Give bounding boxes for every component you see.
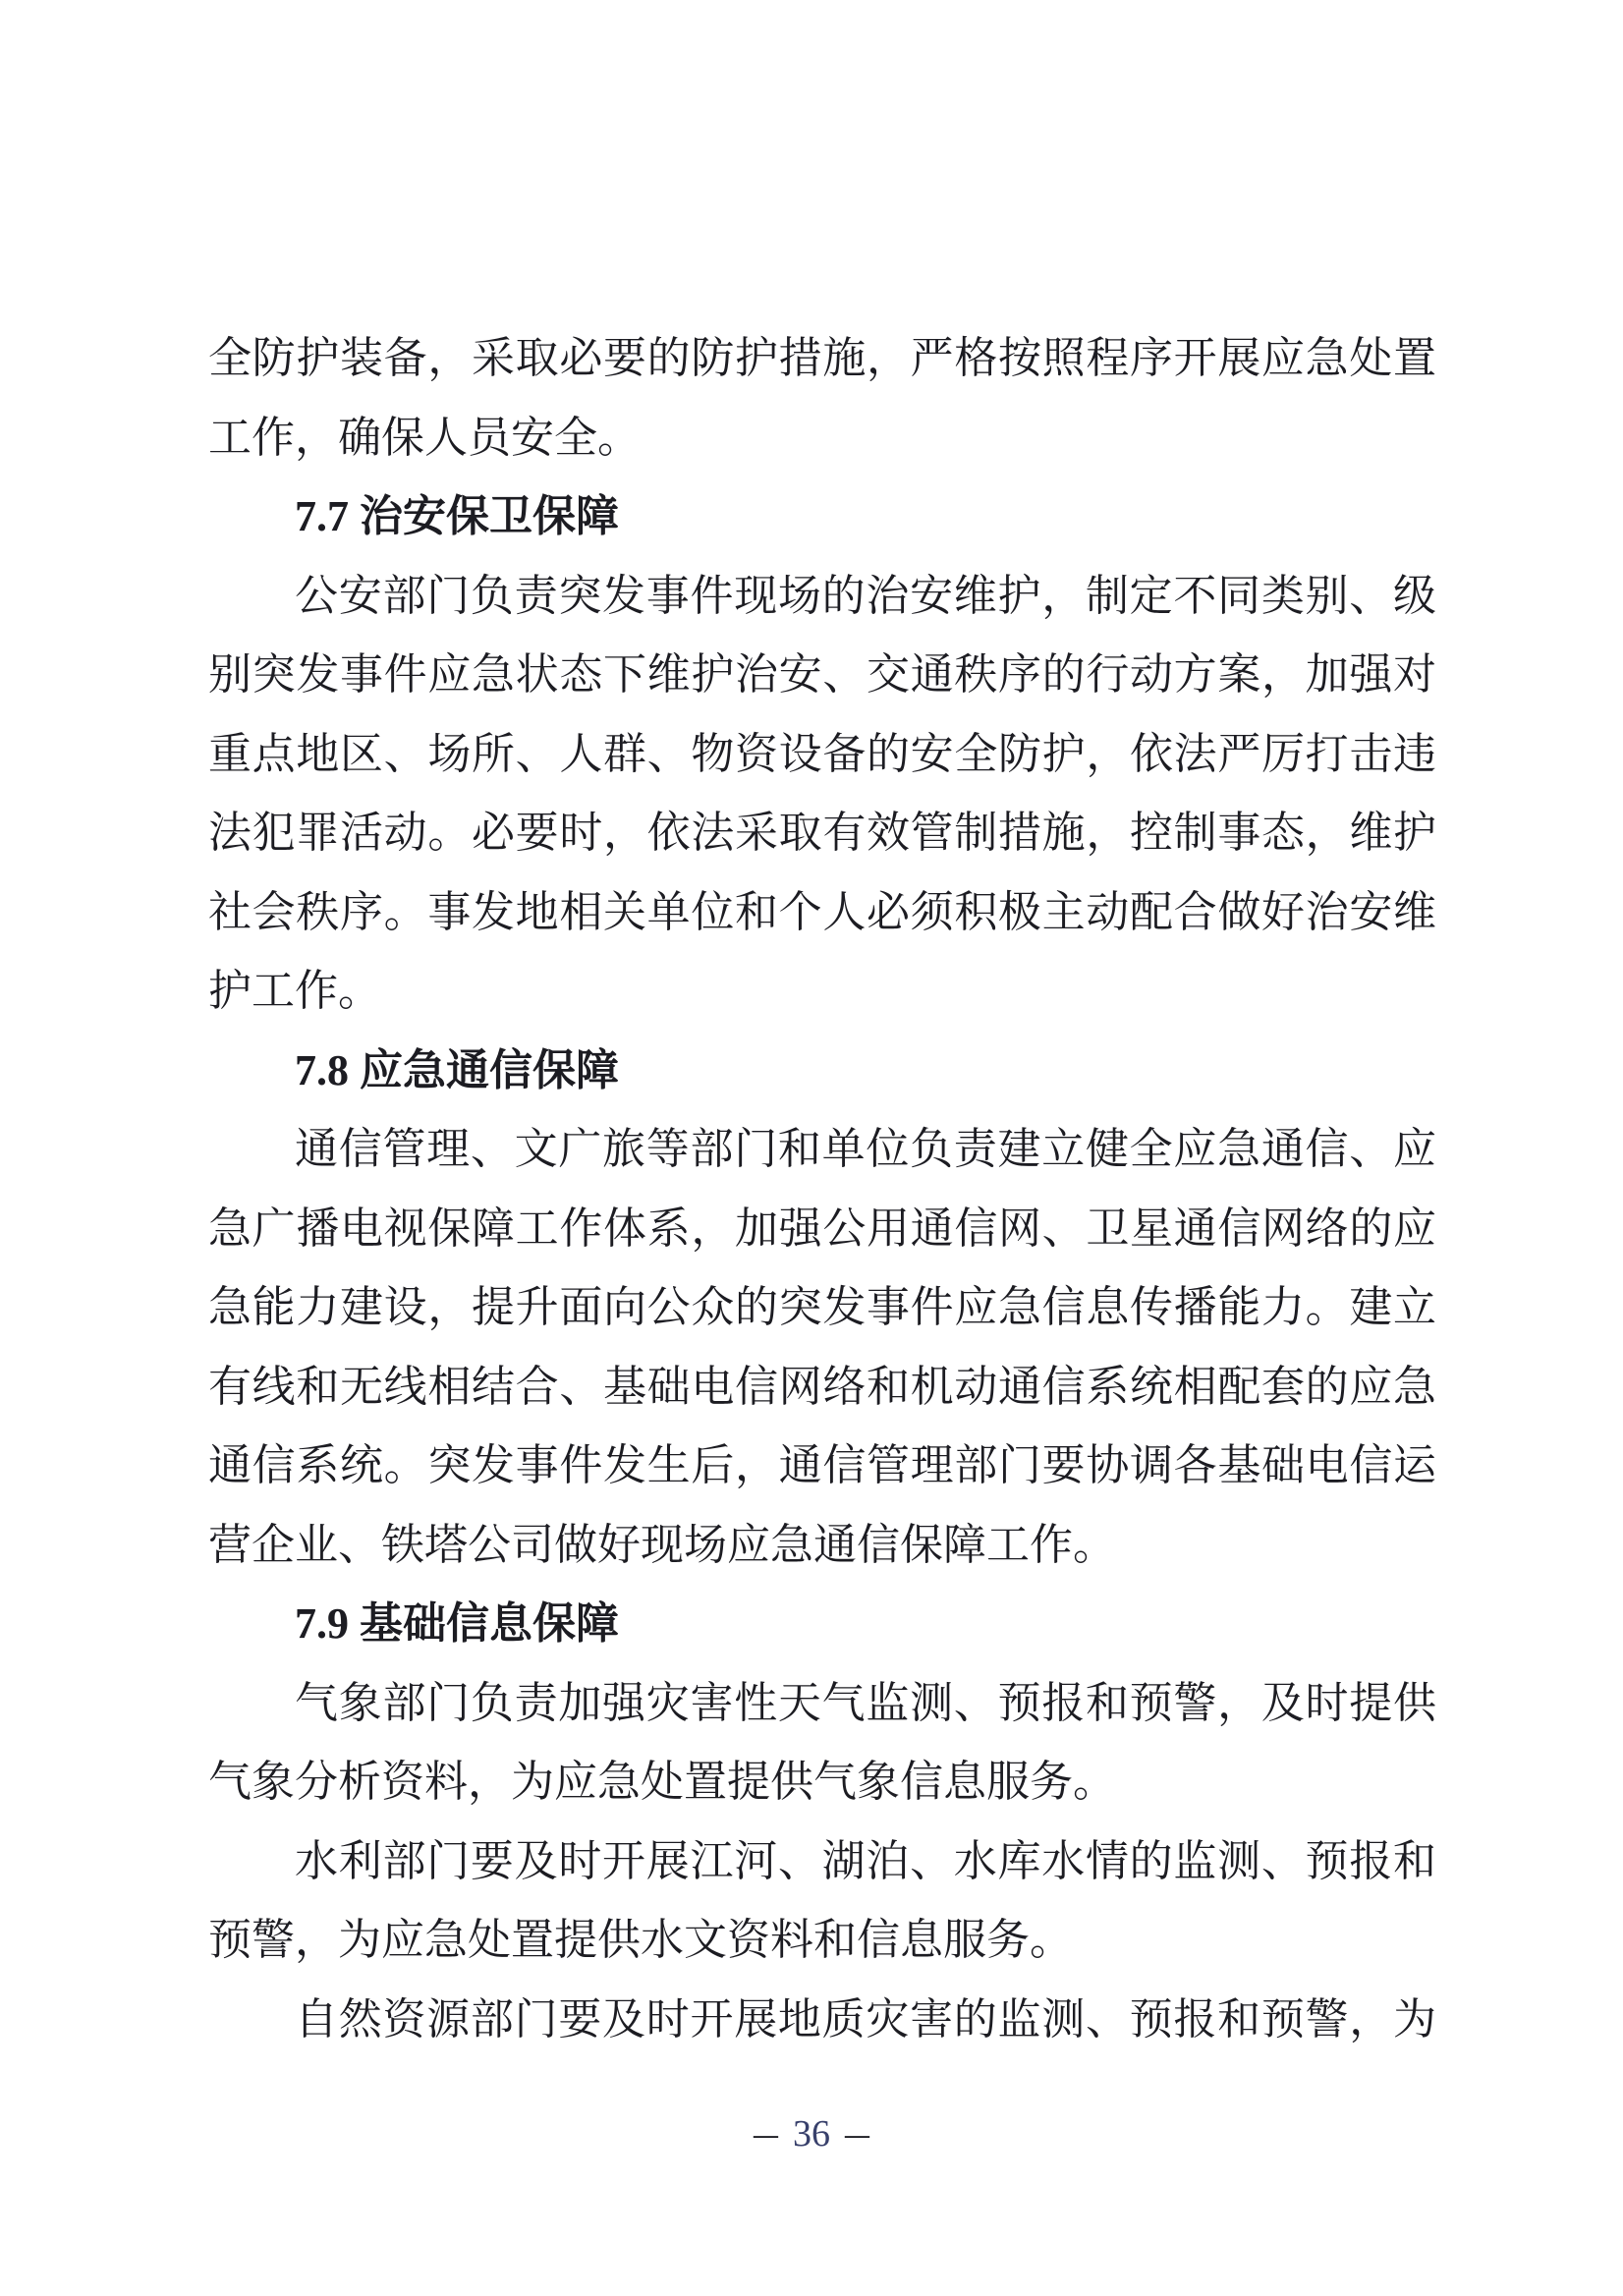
line-text: 护工作。 [208,967,381,1015]
line-text: 别突发事件应急状态下维护治安、交通秩序的行动方案，加强对 [208,650,1437,699]
text-line: 护工作。 [208,952,1436,1032]
line-text: 预警，为应急处置提供水文资料和信息服务。 [208,1916,1073,1964]
footer-dash-left: – [754,2112,778,2156]
section-heading: 7.8 应急通信保障 [208,1032,1436,1111]
line-text: 7.8 应急通信保障 [295,1046,619,1094]
text-line: 急广播电视保障工作体系，加强公用通信网、卫星通信网络的应 [208,1190,1436,1269]
text-line: 全防护装备，采取必要的防护措施，严格按照程序开展应急处置 [208,319,1436,399]
text-line: 重点地区、场所、人群、物资设备的安全防护，依法严厉打击违 [208,715,1436,795]
line-text: 急能力建设，提升面向公众的突发事件应急信息传播能力。建立 [208,1283,1437,1331]
section-heading: 7.7 治安保卫保障 [208,477,1436,557]
text-line: 公安部门负责突发事件现场的治安维护，制定不同类别、级 [208,557,1436,637]
line-text: 7.7 治安保卫保障 [295,492,619,540]
text-line: 工作，确保人员安全。 [208,399,1436,478]
footer-dash-right: – [845,2112,869,2156]
line-text: 气象分析资料，为应急处置提供气象信息服务。 [208,1758,1116,1806]
line-text: 重点地区、场所、人群、物资设备的安全防护，依法严厉打击违 [208,730,1437,778]
line-text: 工作，确保人员安全。 [208,414,641,462]
section-heading: 7.9 基础信息保障 [208,1585,1436,1664]
line-text: 水利部门要及时开展江河、湖泊、水库水情的监测、预报和 [295,1837,1437,1885]
text-line: 急能力建设，提升面向公众的突发事件应急信息传播能力。建立 [208,1268,1436,1348]
line-text: 公安部门负责突发事件现场的治安维护，制定不同类别、级 [295,572,1437,620]
line-text: 自然资源部门要及时开展地质灾害的监测、预报和预警，为 [295,1995,1437,2044]
text-line: 自然资源部门要及时开展地质灾害的监测、预报和预警，为 [208,1981,1436,2060]
line-text: 社会秩序。事发地相关单位和个人必须积极主动配合做好治安维 [208,888,1437,936]
text-line: 预警，为应急处置提供水文资料和信息服务。 [208,1901,1436,1981]
document-content: 全防护装备，采取必要的防护措施，严格按照程序开展应急处置工作，确保人员安全。7.… [208,319,1436,2059]
text-line: 营企业、铁塔公司做好现场应急通信保障工作。 [208,1506,1436,1586]
text-line: 别突发事件应急状态下维护治安、交通秩序的行动方案，加强对 [208,636,1436,715]
line-text: 全防护装备，采取必要的防护措施，严格按照程序开展应急处置 [208,334,1437,382]
text-line: 法犯罪活动。必要时，依法采取有效管制措施，控制事态，维护 [208,794,1436,873]
line-text: 营企业、铁塔公司做好现场应急通信保障工作。 [208,1521,1116,1569]
page-number: 36 [793,2112,830,2156]
line-text: 急广播电视保障工作体系，加强公用通信网、卫星通信网络的应 [208,1204,1437,1253]
line-text: 通信系统。突发事件发生后，通信管理部门要协调各基础电信运 [208,1441,1437,1489]
page-footer: –36– [0,2112,1623,2156]
text-line: 水利部门要及时开展江河、湖泊、水库水情的监测、预报和 [208,1822,1436,1902]
text-line: 通信管理、文广旅等部门和单位负责建立健全应急通信、应 [208,1110,1436,1190]
text-line: 通信系统。突发事件发生后，通信管理部门要协调各基础电信运 [208,1427,1436,1506]
text-line: 气象部门负责加强灾害性天气监测、预报和预警，及时提供 [208,1664,1436,1744]
line-text: 有线和无线相结合、基础电信网络和机动通信系统相配套的应急 [208,1363,1437,1411]
line-text: 7.9 基础信息保障 [295,1599,619,1648]
line-text: 法犯罪活动。必要时，依法采取有效管制措施，控制事态，维护 [208,809,1437,857]
document-page: 全防护装备，采取必要的防护措施，严格按照程序开展应急处置工作，确保人员安全。7.… [0,0,1623,2296]
text-line: 有线和无线相结合、基础电信网络和机动通信系统相配套的应急 [208,1348,1436,1428]
text-line: 气象分析资料，为应急处置提供气象信息服务。 [208,1743,1436,1822]
text-line: 社会秩序。事发地相关单位和个人必须积极主动配合做好治安维 [208,873,1436,953]
line-text: 气象部门负责加强灾害性天气监测、预报和预警，及时提供 [295,1679,1437,1727]
line-text: 通信管理、文广旅等部门和单位负责建立健全应急通信、应 [295,1125,1437,1173]
